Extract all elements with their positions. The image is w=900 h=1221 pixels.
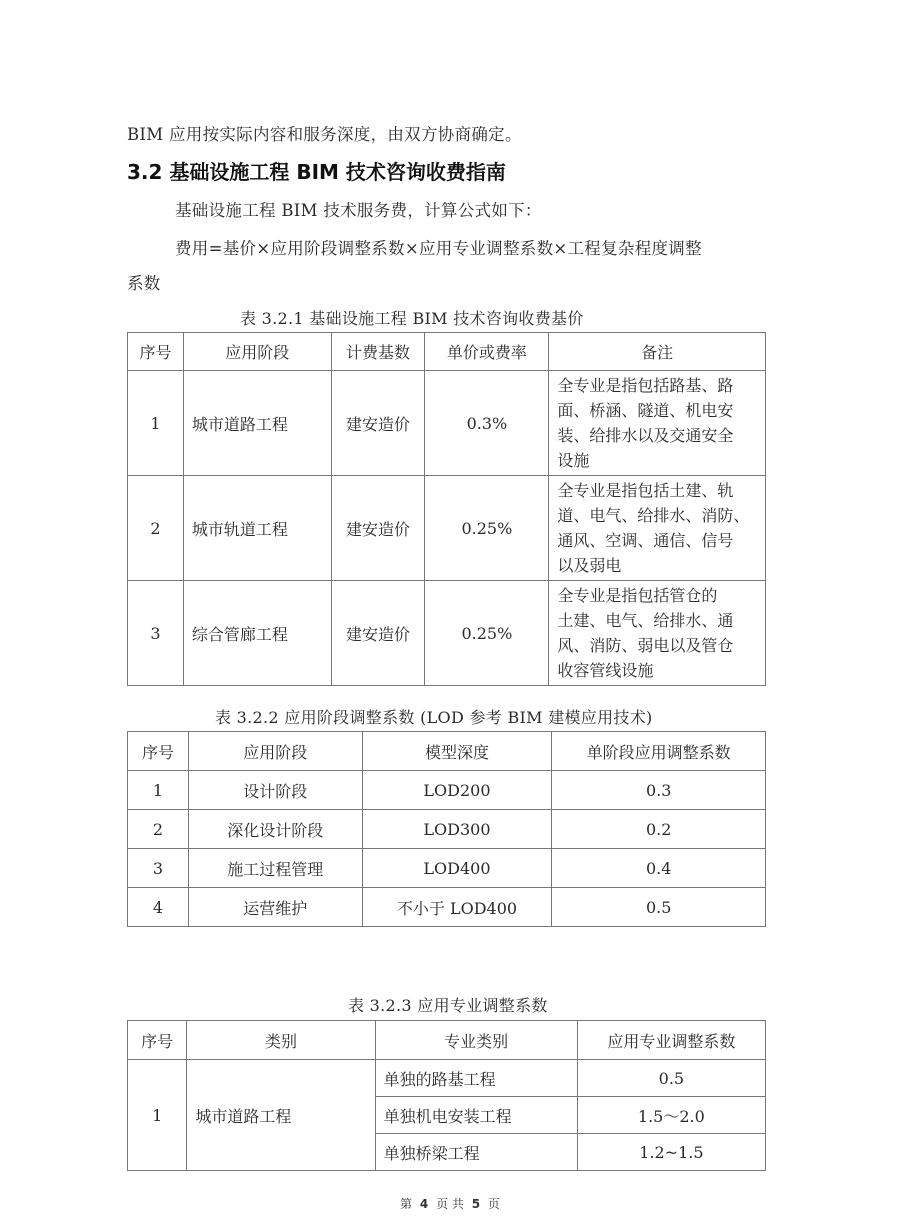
table2-caption: 表 3.2.2 应用阶段调整系数 (LOD 参考 BIM 建模应用技术) bbox=[215, 705, 653, 728]
current-page-number: 4 bbox=[420, 1197, 428, 1211]
formula-line-1: 费用=基价×应用阶段调整系数×应用专业调整系数×工程复杂程度调整 bbox=[175, 235, 702, 259]
header-cell: 应用阶段 bbox=[183, 333, 331, 371]
table-base-price: 序号 应用阶段 计费基数 单价或费率 备注 1 城市道路工程 建安造价 0.3%… bbox=[127, 332, 766, 686]
table-row: 1 城市道路工程 建安造价 0.3% 全专业是指包括路基、路 面、桥涵、隧道、机… bbox=[128, 371, 766, 476]
lod-cell: LOD300 bbox=[362, 810, 552, 849]
base-cell: 建安造价 bbox=[331, 371, 425, 476]
table-stage-coefficient: 序号 应用阶段 模型深度 单阶段应用调整系数 1 设计阶段 LOD200 0.3… bbox=[127, 731, 766, 927]
table-row: 4 运营维护 不小于 LOD400 0.5 bbox=[128, 888, 766, 927]
stage-cell: 城市轨道工程 bbox=[183, 476, 331, 581]
table1-caption: 表 3.2.1 基础设施工程 BIM 技术咨询收费基价 bbox=[240, 306, 584, 329]
stage-cell: 施工过程管理 bbox=[188, 849, 362, 888]
header-cell: 计费基数 bbox=[331, 333, 425, 371]
section-heading: 3.2 基础设施工程 BIM 技术咨询收费指南 bbox=[127, 156, 506, 185]
note-cell: 全专业是指包括路基、路 面、桥涵、隧道、机电安 装、给排水以及交通安全 设施 bbox=[549, 371, 766, 476]
specialty-cell: 单独桥梁工程 bbox=[375, 1134, 577, 1171]
stage-cell: 深化设计阶段 bbox=[188, 810, 362, 849]
base-cell: 建安造价 bbox=[331, 581, 425, 686]
row-number: 2 bbox=[128, 810, 189, 849]
stage-cell: 综合管廊工程 bbox=[183, 581, 331, 686]
row-number: 1 bbox=[128, 771, 189, 810]
rate-cell: 0.3% bbox=[425, 371, 549, 476]
stage-cell: 运营维护 bbox=[188, 888, 362, 927]
lod-cell: LOD400 bbox=[362, 849, 552, 888]
header-cell: 单价或费率 bbox=[425, 333, 549, 371]
header-cell: 专业类别 bbox=[375, 1021, 577, 1060]
header-cell: 应用阶段 bbox=[188, 732, 362, 771]
stage-cell: 城市道路工程 bbox=[183, 371, 331, 476]
header-cell: 序号 bbox=[128, 1021, 187, 1060]
table-row: 2 深化设计阶段 LOD300 0.2 bbox=[128, 810, 766, 849]
coefficient-cell: 0.4 bbox=[552, 849, 766, 888]
coefficient-cell: 1.5～2.0 bbox=[577, 1097, 765, 1134]
note-cell: 全专业是指包括管仓的 土建、电气、给排水、通 风、消防、弱电以及管仓 收容管线设… bbox=[549, 581, 766, 686]
header-cell: 模型深度 bbox=[362, 732, 552, 771]
footer-middle: 页 共 bbox=[436, 1197, 464, 1211]
specialty-cell: 单独机电安装工程 bbox=[375, 1097, 577, 1134]
header-cell: 备注 bbox=[549, 333, 766, 371]
row-number: 1 bbox=[128, 371, 184, 476]
table-header-row: 序号 类别 专业类别 应用专业调整系数 bbox=[128, 1021, 766, 1060]
coefficient-cell: 0.5 bbox=[577, 1060, 765, 1097]
table-specialty-coefficient: 序号 类别 专业类别 应用专业调整系数 1 城市道路工程 单独的路基工程 0.5… bbox=[127, 1020, 766, 1171]
document-page: BIM 应用按实际内容和服务深度，由双方协商确定。 3.2 基础设施工程 BIM… bbox=[0, 0, 900, 1221]
rate-cell: 0.25% bbox=[425, 476, 549, 581]
row-number: 1 bbox=[128, 1060, 187, 1171]
rate-cell: 0.25% bbox=[425, 581, 549, 686]
intro-paragraph: BIM 应用按实际内容和服务深度，由双方协商确定。 bbox=[127, 121, 522, 145]
lod-cell: 不小于 LOD400 bbox=[362, 888, 552, 927]
formula-line-2: 系数 bbox=[127, 270, 161, 294]
header-cell: 类别 bbox=[187, 1021, 375, 1060]
table-row: 1 设计阶段 LOD200 0.3 bbox=[128, 771, 766, 810]
category-cell: 城市道路工程 bbox=[187, 1060, 375, 1171]
row-number: 3 bbox=[128, 581, 184, 686]
table-row: 2 城市轨道工程 建安造价 0.25% 全专业是指包括土建、轨 道、电气、给排水… bbox=[128, 476, 766, 581]
lod-cell: LOD200 bbox=[362, 771, 552, 810]
header-cell: 应用专业调整系数 bbox=[577, 1021, 765, 1060]
base-cell: 建安造价 bbox=[331, 476, 425, 581]
row-number: 4 bbox=[128, 888, 189, 927]
row-number: 2 bbox=[128, 476, 184, 581]
table-row: 3 施工过程管理 LOD400 0.4 bbox=[128, 849, 766, 888]
footer-prefix: 第 bbox=[400, 1197, 412, 1211]
header-cell: 单阶段应用调整系数 bbox=[552, 732, 766, 771]
stage-cell: 设计阶段 bbox=[188, 771, 362, 810]
table-row: 1 城市道路工程 单独的路基工程 0.5 bbox=[128, 1060, 766, 1097]
formula-intro: 基础设施工程 BIM 技术服务费，计算公式如下： bbox=[175, 197, 542, 221]
table-header-row: 序号 应用阶段 计费基数 单价或费率 备注 bbox=[128, 333, 766, 371]
page-footer: 第 4 页 共 5 页 bbox=[0, 1195, 900, 1212]
coefficient-cell: 0.3 bbox=[552, 771, 766, 810]
specialty-cell: 单独的路基工程 bbox=[375, 1060, 577, 1097]
table-header-row: 序号 应用阶段 模型深度 单阶段应用调整系数 bbox=[128, 732, 766, 771]
total-page-number: 5 bbox=[472, 1197, 480, 1211]
note-cell: 全专业是指包括土建、轨 道、电气、给排水、消防、 通风、空调、通信、信号 以及弱… bbox=[549, 476, 766, 581]
header-cell: 序号 bbox=[128, 333, 184, 371]
row-number: 3 bbox=[128, 849, 189, 888]
coefficient-cell: 1.2~1.5 bbox=[577, 1134, 765, 1171]
table-row: 3 综合管廊工程 建安造价 0.25% 全专业是指包括管仓的 土建、电气、给排水… bbox=[128, 581, 766, 686]
coefficient-cell: 0.2 bbox=[552, 810, 766, 849]
footer-suffix: 页 bbox=[488, 1197, 500, 1211]
coefficient-cell: 0.5 bbox=[552, 888, 766, 927]
header-cell: 序号 bbox=[128, 732, 189, 771]
table3-caption: 表 3.2.3 应用专业调整系数 bbox=[348, 993, 548, 1016]
